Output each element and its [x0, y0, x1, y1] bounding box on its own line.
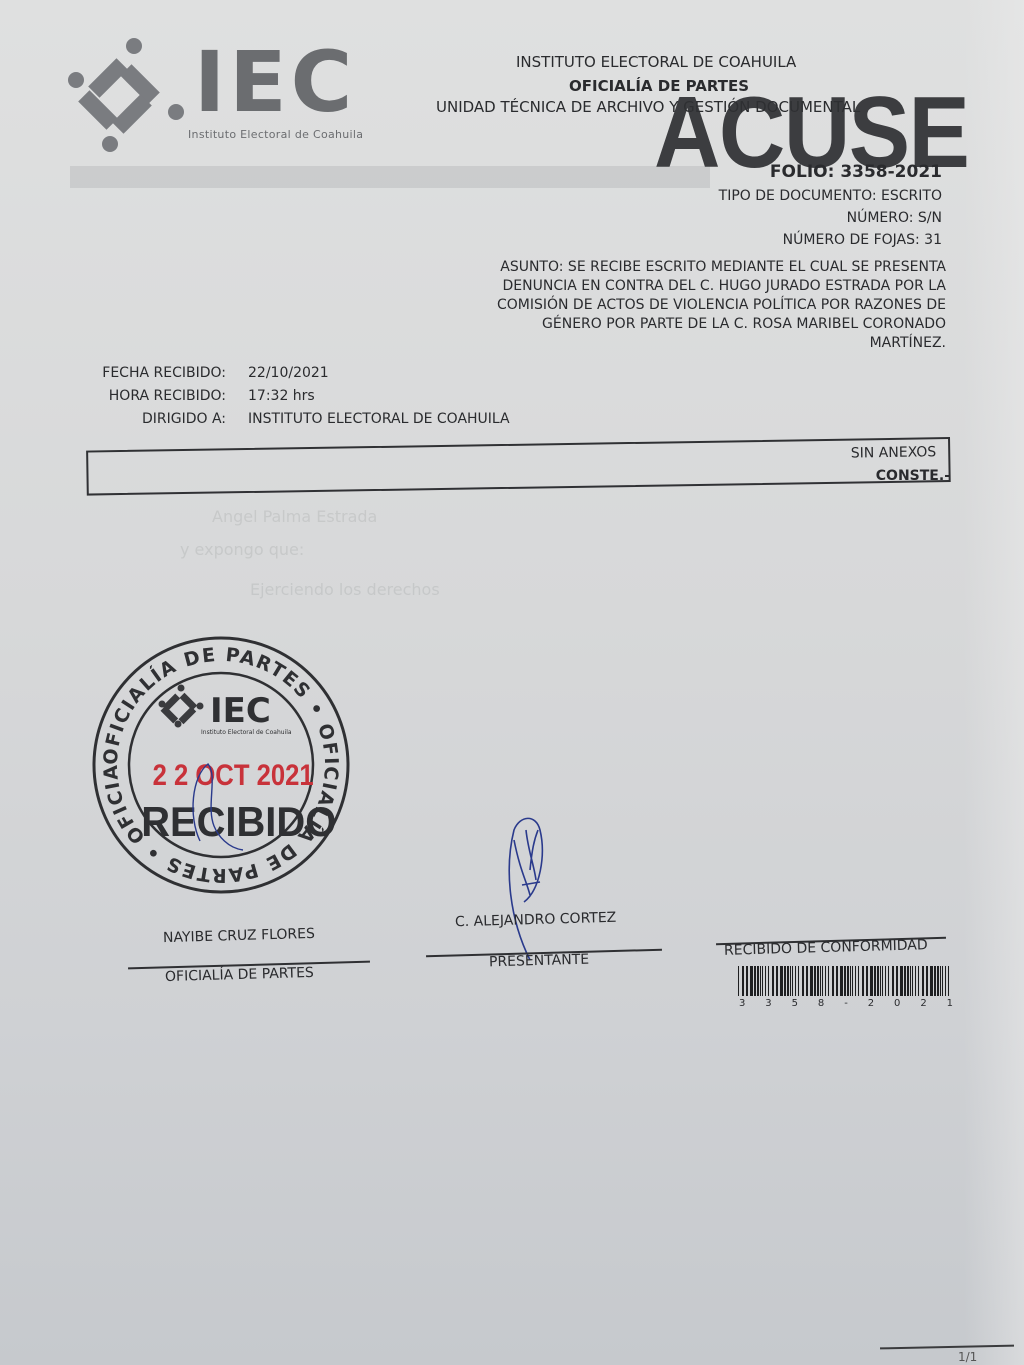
document-page: IEC Instituto Electoral de Coahuila INST… [0, 0, 1024, 1365]
received-date-row: FECHA RECIBIDO: 22/10/2021 [86, 362, 510, 385]
seal-acronym: IEC [210, 691, 271, 731]
receiver-name: NAYIBE CRUZ FLORES [163, 926, 315, 946]
document-subject: ASUNTO: SE RECIBE ESCRITO MEDIANTE EL CU… [466, 258, 946, 353]
document-type: TIPO DE DOCUMENTO: ESCRITO [719, 188, 942, 204]
received-time-label: HORA RECIBIDO: [86, 385, 248, 408]
conste-label: CONSTE.- [876, 468, 950, 484]
presenter-role: PRESENTANTE [489, 952, 590, 971]
received-date-value: 22/10/2021 [248, 362, 329, 385]
received-date-label: FECHA RECIBIDO: [86, 362, 248, 385]
annexes-status: SIN ANEXOS [851, 444, 937, 461]
seal-subtitle: Instituto Electoral de Coahuila [201, 729, 292, 736]
received-time-value: 17:32 hrs [248, 385, 315, 408]
bleed-through-text: y expongo que: [180, 540, 304, 559]
document-pages: NÚMERO DE FOJAS: 31 [783, 232, 942, 248]
folio-number: FOLIO: 3358-2021 [770, 162, 942, 182]
header-divider [70, 166, 710, 188]
seal-date: 2 2 OCT 2021 [153, 758, 314, 791]
logo-subtitle: Instituto Electoral de Coahuila [188, 128, 363, 141]
seal-status: RECIBIDO [141, 798, 336, 845]
presenter-name: C. ALEJANDRO CORTEZ [455, 910, 617, 930]
barcode-digit: 5 [792, 998, 798, 1009]
page-number: 1/1 [958, 1350, 977, 1364]
page-edge-shade [964, 0, 1024, 1365]
barcode-digit: 8 [818, 998, 824, 1009]
barcode-digit: 0 [894, 998, 900, 1009]
addressed-to-value: INSTITUTO ELECTORAL DE COAHUILA [248, 408, 510, 431]
received-time-row: HORA RECIBIDO: 17:32 hrs [86, 385, 510, 408]
reception-seal: OFICIALÍA DE PARTES • OFICIALÍA DE PARTE… [88, 636, 354, 894]
folio-barcode [738, 966, 952, 996]
presenter-signature [500, 810, 560, 960]
receiver-role: OFICIALÍA DE PARTES [165, 965, 314, 985]
barcode-digit: 2 [920, 998, 926, 1009]
barcode-digit: - [844, 998, 848, 1009]
barcode-digit: 1 [947, 998, 953, 1009]
barcode-digit: 3 [765, 998, 771, 1009]
barcode-digit: 2 [868, 998, 874, 1009]
receipt-details: FECHA RECIBIDO: 22/10/2021 HORA RECIBIDO… [86, 362, 510, 431]
bleed-through-text: Ejerciendo los derechos [250, 580, 440, 599]
logo-acronym: IEC [194, 40, 356, 124]
annexes-box: SIN ANEXOS [86, 437, 951, 496]
iec-logo: IEC Instituto Electoral de Coahuila [66, 36, 386, 156]
conformity-label: RECIBIDO DE CONFORMIDAD [724, 937, 928, 959]
addressed-to-row: DIRIGIDO A: INSTITUTO ELECTORAL DE COAHU… [86, 408, 510, 431]
iec-logo-icon [66, 36, 184, 154]
addressed-to-label: DIRIGIDO A: [86, 408, 248, 431]
bleed-through-text: Angel Palma Estrada [212, 507, 377, 526]
barcode-digit: 3 [739, 998, 745, 1009]
header-institution: INSTITUTO ELECTORAL DE COAHUILA [516, 53, 796, 71]
barcode-digits: 3358-2021 [739, 998, 953, 1009]
document-number: NÚMERO: S/N [847, 210, 942, 226]
